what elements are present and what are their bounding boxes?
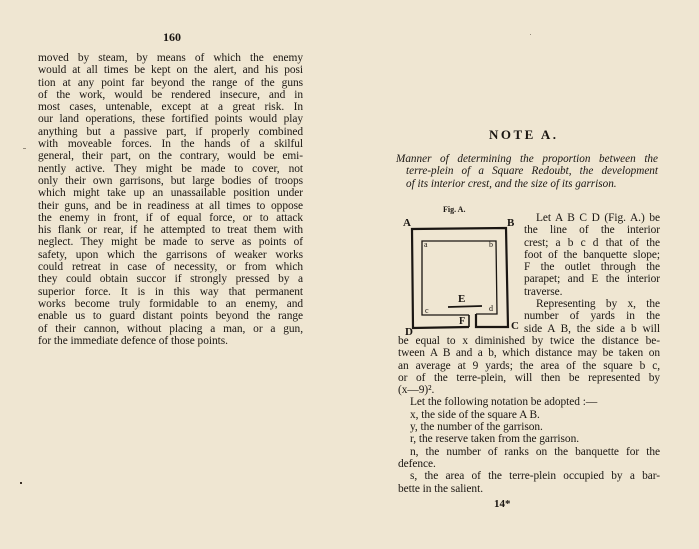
text-line: anything but a passive part, if properly… [38,126,303,138]
text-line: would at all times be kept on the alert,… [38,64,303,76]
inner-label-a: a [424,240,428,249]
text-line: the line of the interior [524,224,660,236]
caption-line: of its interior crest, and the size of i… [396,178,658,190]
right-page-body-text: be equal to x diminished by twice the di… [398,335,660,495]
text-line: Let the following notation be adopted :— [398,396,660,408]
note-title: NOTE A. [489,127,559,143]
traverse-label-E: E [458,293,465,305]
notation-item-y: y, the number of the garrison. [398,421,660,433]
inner-label-b: b [489,240,493,249]
text-line: number of yards in the [524,310,660,322]
text-line: of the work, would be rendered insecure,… [38,89,303,101]
text-line: which might take up an unassailable posi… [38,187,303,199]
text-line: neglect. They might be made to serve as … [38,236,303,248]
left-page: 160 moved by steam, by means of which th… [0,0,349,549]
text-line: F the outlet through the [524,261,660,273]
outlet-label-F: F [459,316,465,327]
speck [530,34,531,35]
text-line: his flank or rear, if he attempted to tr… [38,224,303,236]
text-line: safety, upon which the garrisons of weak… [38,249,303,261]
text-line: Let A B C D (Fig. A.) be [524,212,660,224]
text-line: could retreat in case of necessity, or f… [38,261,303,273]
figure-side-text: Let A B C D (Fig. A.) be the line of the… [524,212,660,335]
signature-mark: 14* [494,498,511,510]
inner-label-d: d [489,304,493,313]
text-line: side A B, the side a b will [524,323,660,335]
corner-label-B: B [507,217,514,229]
caption-line: terre-plein of a Square Redoubt, the dev… [396,165,658,177]
text-line: works become truly formidable to an enem… [38,298,303,310]
corner-label-C: C [511,320,519,332]
left-page-body-text: moved by steam, by means of which the en… [38,52,303,347]
notation-item-r: r, the reserve taken from the garrison. [398,433,660,445]
caption-line: Manner of determining the proportion bet… [396,153,658,165]
margin-dot [20,482,22,484]
text-line: most cases, untenable, except at a great… [38,101,303,113]
right-page: NOTE A. Manner of determining the propor… [349,0,699,549]
text-line: crest; a b c d that of the [524,237,660,249]
corner-label-A: A [403,217,411,229]
text-line: foot of the banquette slope; [524,249,660,261]
text-line: our land operations, these fortified poi… [38,113,303,125]
text-line: superior force. It is in this way that p… [38,286,303,298]
page-number: 160 [142,30,202,45]
notation-item-s: s, the area of the terre-plein occupied … [398,470,660,482]
text-line: enable us to guard distant points beyond… [38,310,303,322]
text-line: or of the terre-plein, will then be repr… [398,372,660,384]
text-line: defence. [398,458,660,470]
notation-item-n: n, the number of ranks on the banquette … [398,446,660,458]
note-caption: Manner of determining the proportion bet… [396,153,658,190]
text-line: moved by steam, by means of which the en… [38,52,303,64]
text-line: for the immediate defence of those point… [38,335,303,347]
text-line: nently active. They might be made to cov… [38,163,303,175]
text-line: an average at 9 yards; the area of the s… [398,360,660,372]
text-line: the enemy in front, if of equal force, o… [38,212,303,224]
notation-item-x: x, the side of the square A B. [398,409,660,421]
formula-line: (x—9)². [398,384,660,396]
text-line: only their own garrisons, but large bodi… [38,175,303,187]
text-line: be equal to x diminished by twice the di… [398,335,660,347]
text-line: parapet; and E the interior [524,273,660,285]
text-line: with moveable forces. In the hands of a … [38,138,303,150]
inner-label-c: c [425,306,429,315]
figure-a: Fig. A. A B C D a b c d F E [393,200,528,340]
text-line: traverse. [524,286,660,298]
text-line: tion at any point far beyond the range o… [38,77,303,89]
margin-mark [23,148,26,149]
text-line: of their cannon, without placing a man, … [38,323,303,335]
text-line: Representing by x, the [524,298,660,310]
text-line: they could obtain succor if strongly pre… [38,273,303,285]
text-line: bette in the salient. [398,483,660,495]
text-line: tween A B and a b, which distance may be… [398,347,660,359]
text-line: their guns, and be in readiness at all t… [38,200,303,212]
text-line: general, their part, on the contrary, wo… [38,150,303,162]
